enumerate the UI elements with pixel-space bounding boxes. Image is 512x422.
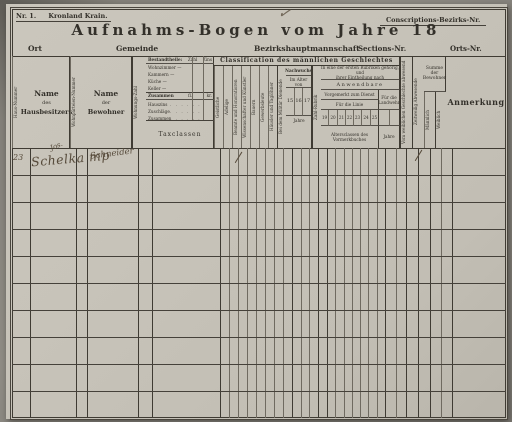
rubriken-header: In eine der ersten Rubriken gehörig, und… — [321, 66, 400, 80]
classification-category: Wissenschafter und Künstler — [241, 66, 250, 148]
handwritten-checkmark: ✓ — [277, 3, 293, 23]
classification-category: Häusler und Taglöhner — [268, 66, 277, 148]
sections-nr-label: Sections-Nr. — [358, 44, 406, 53]
classification-category: Geistliche — [214, 66, 223, 148]
orts-nr-label: Orts-Nr. — [450, 44, 482, 53]
column-header-weiblich-abwesend: Vom weiblichen Geschlechte abwesend — [400, 56, 412, 148]
form-number: Nr. 1. — [16, 12, 36, 20]
zins-label: Zins — [203, 57, 212, 62]
grid-hline — [12, 337, 506, 338]
grid-hline — [12, 310, 506, 311]
grid-hline — [12, 391, 506, 392]
ort-label: Ort — [28, 44, 42, 53]
linie-age-cell: 19 — [321, 110, 329, 126]
paper-sheet: Nr. 1. Kronland Krain. Conscriptions-Bez… — [6, 4, 507, 419]
landwehr-cell — [390, 110, 400, 126]
column-header-anmerkung: Anmerkung — [446, 56, 506, 148]
scanned-census-form: Nr. 1. Kronland Krain. Conscriptions-Bez… — [0, 0, 512, 422]
column-header-haus-nummer: Haus-Nummer — [12, 56, 24, 148]
landwehr-jahre-label: Jahre — [379, 126, 400, 148]
hausbesitzer-line3: Hausbesitzers — [21, 108, 72, 116]
nachwuchs-header: Nachwuchs — [286, 66, 312, 76]
bestand-row: Wohnzimmer — — [148, 65, 181, 70]
linie-age-cell: 21 — [338, 110, 346, 126]
grid-hline — [12, 175, 506, 176]
zahl-rubrik-column: Zahl-Rubrik — [312, 66, 321, 148]
gemeinde-label: Gemeinde — [116, 44, 158, 53]
age-cell: 15 — [286, 88, 295, 116]
bewohner-line1: Name — [94, 89, 118, 98]
landwehr-label: Für die Landwehr — [379, 90, 400, 110]
grid-hline — [12, 364, 506, 365]
hausbesitzer-line1: Name — [34, 89, 58, 98]
im-alter-von-label: Im Alter von — [286, 76, 312, 88]
kronland-label: Kronland Krain. — [48, 12, 107, 20]
linie-age-cell: 20 — [329, 110, 338, 126]
column-header-summe-weiblich: Weiblich — [435, 92, 446, 148]
grid-hline — [12, 229, 506, 230]
bezirkshauptmannschaft-label: Bezirkshauptmannschaft — [254, 44, 360, 53]
bestand-row: Keller — — [148, 86, 166, 91]
zins-row: Zuschläge — [148, 109, 170, 114]
subtable-vline — [203, 56, 204, 120]
linie-age-cell: 22 — [346, 110, 354, 126]
jahre-label: Jahre — [286, 118, 312, 123]
hausbesitzer-line2: des — [42, 100, 51, 106]
column-header-bewohner: Name der Bewohner — [81, 56, 132, 148]
column-header-wohnpartei-nummer: Wohnparteien-Nummer — [70, 56, 81, 148]
bestand-row: Kammern — — [148, 72, 174, 77]
rubriken-line1: In eine der ersten Rubriken gehörig, und — [321, 65, 399, 76]
altersclassen-label: Altersclassen des Vormerkbuches — [321, 126, 379, 148]
column-header-hausbesitzer: Name des Hausbesitzers — [24, 56, 70, 148]
grid-hline — [12, 256, 506, 257]
entry-haus-nummer: 23 — [13, 153, 23, 162]
dwelling-subtable: Bestandtheile: Zahl Zins Wohnzimmer — Ka… — [146, 56, 214, 148]
zins-row: Hauszins — [148, 102, 167, 107]
bewohner-line3: Bewohner — [88, 108, 125, 116]
bewohner-line2: der — [102, 100, 111, 106]
summe-header: Summe der Bewohner — [424, 56, 446, 92]
zusammen-label: Zusammen — [148, 93, 174, 99]
column-header-wohnungs-zahl: Wohnungs-Zahl — [132, 56, 146, 148]
anwendbare-label: Anwendbare — [321, 80, 400, 90]
vorgemerkt-label: Vorgemerkt zum Dienst — [321, 90, 379, 100]
table-body-grid — [12, 148, 506, 418]
subtable-vline — [192, 56, 193, 120]
bestandtheile-label: Bestandtheile: — [148, 57, 182, 62]
dotted-rule: . . . . . . — [170, 102, 201, 107]
classification-category: Beamte und Honoratioren — [232, 66, 241, 148]
dotted-rule: . . . . . . — [170, 109, 201, 114]
classification-category: Bei dem Militär Dienende — [277, 66, 286, 148]
age-cell: 16 — [295, 88, 303, 116]
taxclassen-label: Taxclassen — [146, 121, 214, 148]
linie-age-cell: 23 — [354, 110, 362, 126]
column-header-summe-maennlich: Männlich — [424, 92, 435, 148]
classification-category: Gewerbsleute — [259, 66, 268, 148]
page-title: Aufnahms-Bogen vom Jahre 18 — [66, 21, 446, 39]
grid-hline — [12, 283, 506, 284]
classification-category: Adelige — [223, 66, 232, 148]
landwehr-cell — [379, 110, 390, 126]
kr-label: kr. — [207, 93, 212, 99]
linie-age-cell: 24 — [362, 110, 371, 126]
classification-category: Bauern — [250, 66, 259, 148]
grid-hline — [12, 202, 506, 203]
fuer-die-linie-label: Für die Linie — [321, 100, 379, 110]
linie-age-cell: 25 — [371, 110, 379, 126]
bestand-row: Küche — — [148, 79, 167, 84]
